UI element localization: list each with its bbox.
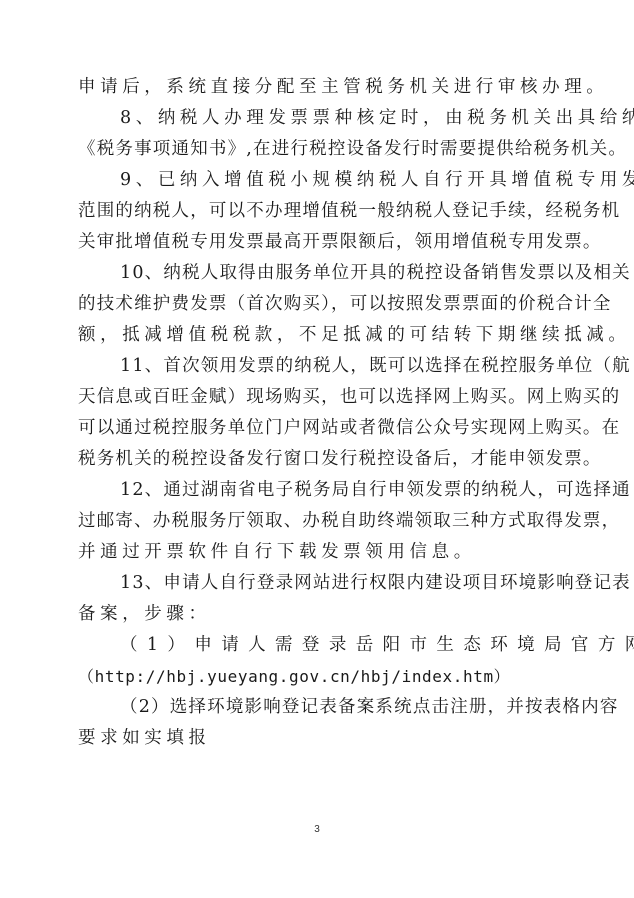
document-body: 申请后，系统直接分配至主管税务机关进行审核办理。 8、纳税人办理发票票种核定时，… [78, 72, 562, 754]
text-line: 要求如实填报 [78, 723, 562, 754]
text-line: 《税务事项通知书》,在进行税控设备发行时需要提供给税务机关。 [78, 134, 562, 165]
step-1: （1）申请人需登录岳阳市生态环境局官方网站 [78, 630, 562, 661]
document-page: 申请后，系统直接分配至主管税务机关进行审核办理。 8、纳税人办理发票票种核定时，… [0, 0, 634, 898]
text-line: 申请后，系统直接分配至主管税务机关进行审核办理。 [78, 72, 562, 103]
text-line: 的技术维护费发票（首次购买），可以按照发票票面的价税合计全 [78, 289, 562, 320]
list-item-11: 11、首次领用发票的纳税人，既可以选择在税控服务单位（航 [78, 351, 562, 382]
text-line: 天信息或百旺金赋）现场购买，也可以选择网上购买。网上购买的 [78, 382, 562, 413]
text-line: 备案，步骤： [78, 599, 562, 630]
text-line: 范围的纳税人，可以不办理增值税一般纳税人登记手续，经税务机 [78, 196, 562, 227]
list-item-9: 9、已纳入增值税小规模纳税人自行开具增值税专用发票试点 [78, 165, 562, 196]
list-item-10: 10、纳税人取得由服务单位开具的税控设备销售发票以及相关 [78, 258, 562, 289]
text-line: 税务机关的税控设备发行窗口发行税控设备后，才能申领发票。 [78, 444, 562, 475]
text-line: 可以通过税控服务单位门户网站或者微信公众号实现网上购买。在 [78, 413, 562, 444]
list-item-12: 12、通过湖南省电子税务局自行申领发票的纳税人，可选择通 [78, 475, 562, 506]
text-line: 并通过开票软件自行下载发票领用信息。 [78, 537, 562, 568]
list-item-8: 8、纳税人办理发票票种核定时，由税务机关出具给纳税人的 [78, 103, 562, 134]
page-number: 3 [0, 824, 634, 835]
text-line: 过邮寄、办税服务厅领取、办税自助终端领取三种方式取得发票， [78, 506, 562, 537]
list-item-13: 13、申请人自行登录网站进行权限内建设项目环境影响登记表 [78, 568, 562, 599]
website-url: （http://hbj.yueyang.gov.cn/hbj/index.htm… [78, 661, 562, 692]
text-line: 关审批增值税专用发票最高开票限额后，领用增值税专用发票。 [78, 227, 562, 258]
text-line: 额，抵减增值税税款，不足抵减的可结转下期继续抵减。 [78, 320, 562, 351]
step-2: （2）选择环境影响登记表备案系统点击注册，并按表格内容 [78, 692, 562, 723]
